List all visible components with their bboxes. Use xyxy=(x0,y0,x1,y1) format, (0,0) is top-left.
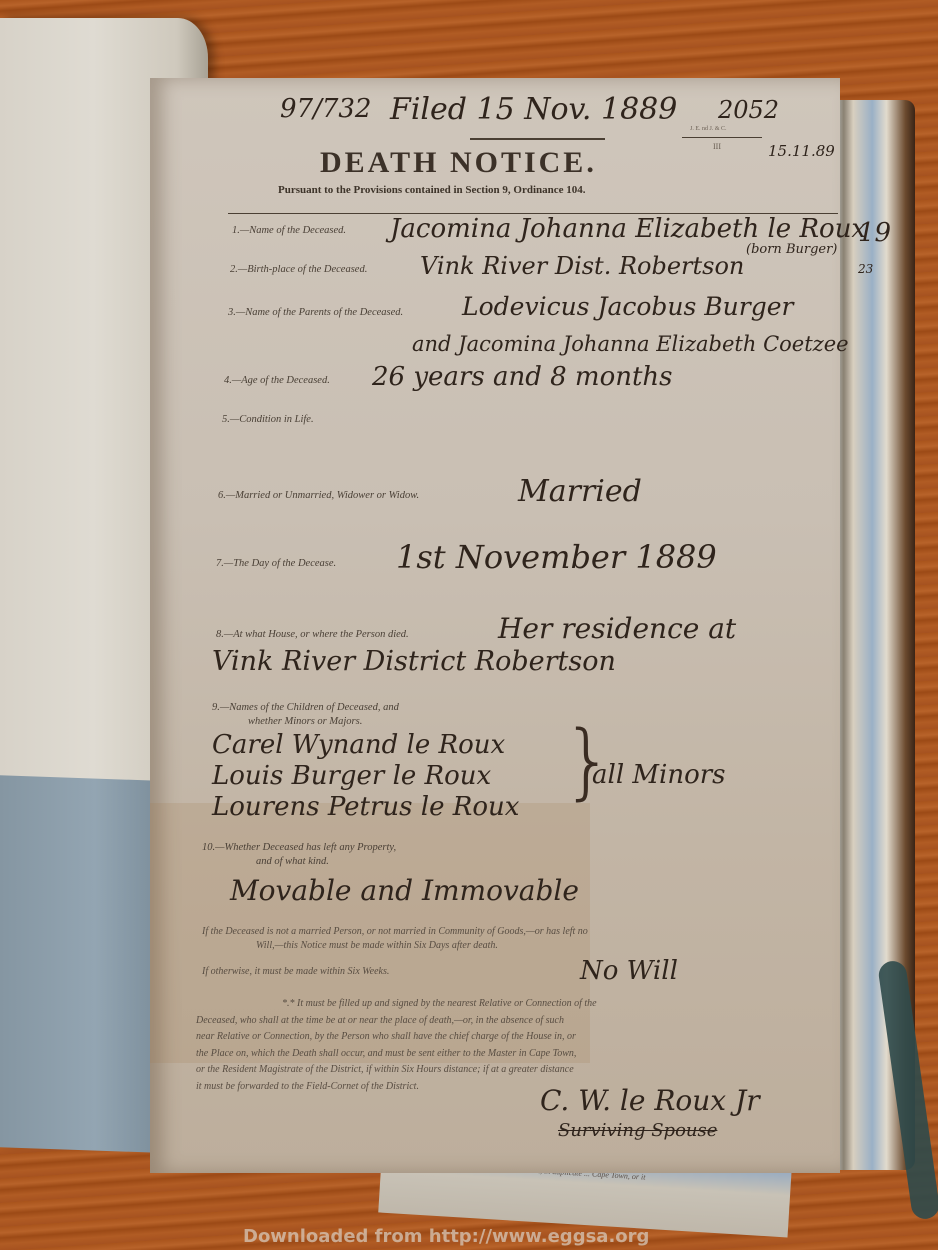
roman-mark: III xyxy=(713,142,721,151)
handwritten-underline xyxy=(470,138,605,140)
field-2-label: 2.—Birth-place of the Deceased. xyxy=(230,264,367,275)
field-3-value-line2: and Jacomina Johanna Elizabeth Coetzee xyxy=(412,332,849,356)
page-title: DEATH NOTICE. xyxy=(320,146,597,180)
field-7-label: 7.—The Day of the Decease. xyxy=(216,558,336,569)
edge-mark: 23 xyxy=(858,262,873,276)
field-4-value: 26 years and 8 months xyxy=(372,362,673,392)
left-blue-cover xyxy=(0,775,158,1153)
note-six-days-2: Will,—this Notice must be made within Si… xyxy=(256,938,498,955)
field-5-label: 5.—Condition in Life. xyxy=(222,414,314,425)
field-9-label-line2: whether Minors or Majors. xyxy=(248,716,362,727)
field-1-label: 1.—Name of the Deceased. xyxy=(232,225,346,236)
field-8-value: Her residence at xyxy=(498,612,736,645)
instruction-line: *.* It must be filled up and signed by t… xyxy=(196,996,597,1013)
field-6-label: 6.—Married or Unmarried, Widower or Wido… xyxy=(218,490,419,501)
notice-number: 2052 xyxy=(718,96,779,124)
date-short: 15.11.89 xyxy=(768,142,835,160)
field-10-label-line2: and of what kind. xyxy=(256,856,329,867)
file-ref: 97/732 xyxy=(280,94,371,124)
filed-date: Filed 15 Nov. 1889 xyxy=(390,92,677,127)
page-subtitle: Pursuant to the Provisions contained in … xyxy=(278,184,586,196)
instructions-block: *.* It must be filled up and signed by t… xyxy=(196,996,597,1095)
field-3-value: Lodevicus Jacobus Burger xyxy=(462,292,793,321)
field-3-label: 3.—Name of the Parents of the Deceased. xyxy=(228,307,403,318)
child-2: Louis Burger le Roux xyxy=(212,761,491,791)
instruction-line: or the Resident Magistrate of the Distri… xyxy=(196,1062,597,1079)
instruction-line: it must be forwarded to the Field-Cornet… xyxy=(196,1079,597,1096)
children-status: all Minors xyxy=(592,760,726,790)
signature-role: Surviving Spouse xyxy=(558,1120,717,1141)
field-1-note: (born Burger) xyxy=(746,242,837,257)
printer-mark: J. E. nd J. & C. xyxy=(690,126,727,132)
field-10-label: 10.—Whether Deceased has left any Proper… xyxy=(202,842,396,853)
signature-name: C. W. le Roux Jr xyxy=(540,1084,760,1117)
instruction-line: Deceased, who shall at the time be at or… xyxy=(196,1013,597,1030)
field-2-value: Vink River Dist. Robertson xyxy=(420,252,744,280)
field-8-value-line2: Vink River District Robertson xyxy=(212,646,616,677)
field-4-label: 4.—Age of the Deceased. xyxy=(224,375,330,386)
child-3: Lourens Petrus le Roux xyxy=(212,792,519,822)
watermark: Downloaded from http://www.eggsa.org xyxy=(243,1226,649,1247)
child-1: Carel Wynand le Roux xyxy=(212,730,505,760)
field-1-value: Jacomina Johanna Elizabeth le Roux xyxy=(390,214,866,244)
instruction-line: near Relative or Connection, by the Pers… xyxy=(196,1029,597,1046)
field-10-value: Movable and Immovable xyxy=(230,874,579,907)
death-notice-page: 97/732 Filed 15 Nov. 1889 2052 J. E. nd … xyxy=(150,78,840,1173)
field-7-value: 1st November 1889 xyxy=(396,538,717,576)
field-8-label: 8.—At what House, or where the Person di… xyxy=(216,629,409,640)
field-9-label: 9.—Names of the Children of Deceased, an… xyxy=(212,702,399,713)
field-6-value: Married xyxy=(518,474,642,509)
header-rule xyxy=(682,137,762,138)
will-value: No Will xyxy=(580,956,678,986)
note-six-weeks: If otherwise, it must be made within Six… xyxy=(202,964,389,981)
instruction-line: the Place on, which the Death shall occu… xyxy=(196,1046,597,1063)
